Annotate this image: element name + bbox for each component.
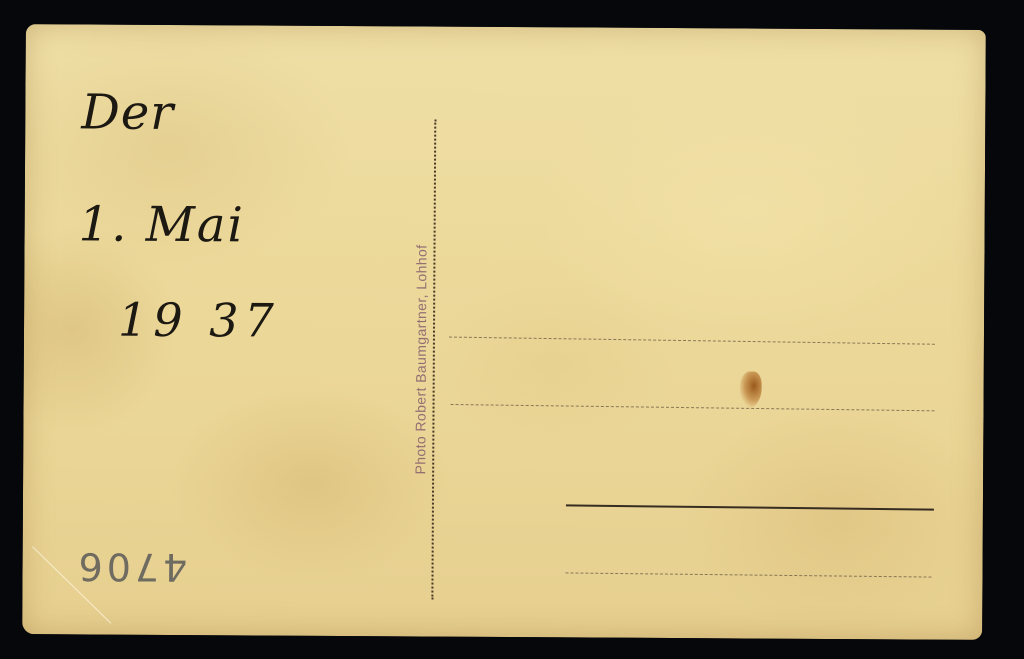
handwritten-line-der: Der [81,84,174,141]
address-line-4 [566,572,932,577]
handwritten-line-date: 1. Mai [78,196,245,253]
address-line-1 [449,337,935,345]
address-line-3 [566,504,934,510]
scan-background: Der 1. Mai 19 37 4706 Photo Robert Baumg… [0,0,1024,659]
rust-stain [740,371,762,407]
photographer-credit: Photo Robert Baumgartner, Lohhof [412,244,429,474]
postcard-back: Der 1. Mai 19 37 4706 Photo Robert Baumg… [22,24,986,640]
address-line-2 [451,404,935,411]
center-divider-line [431,120,436,600]
pencil-inventory-number: 4706 [74,544,187,589]
handwritten-line-year: 19 37 [118,293,280,348]
